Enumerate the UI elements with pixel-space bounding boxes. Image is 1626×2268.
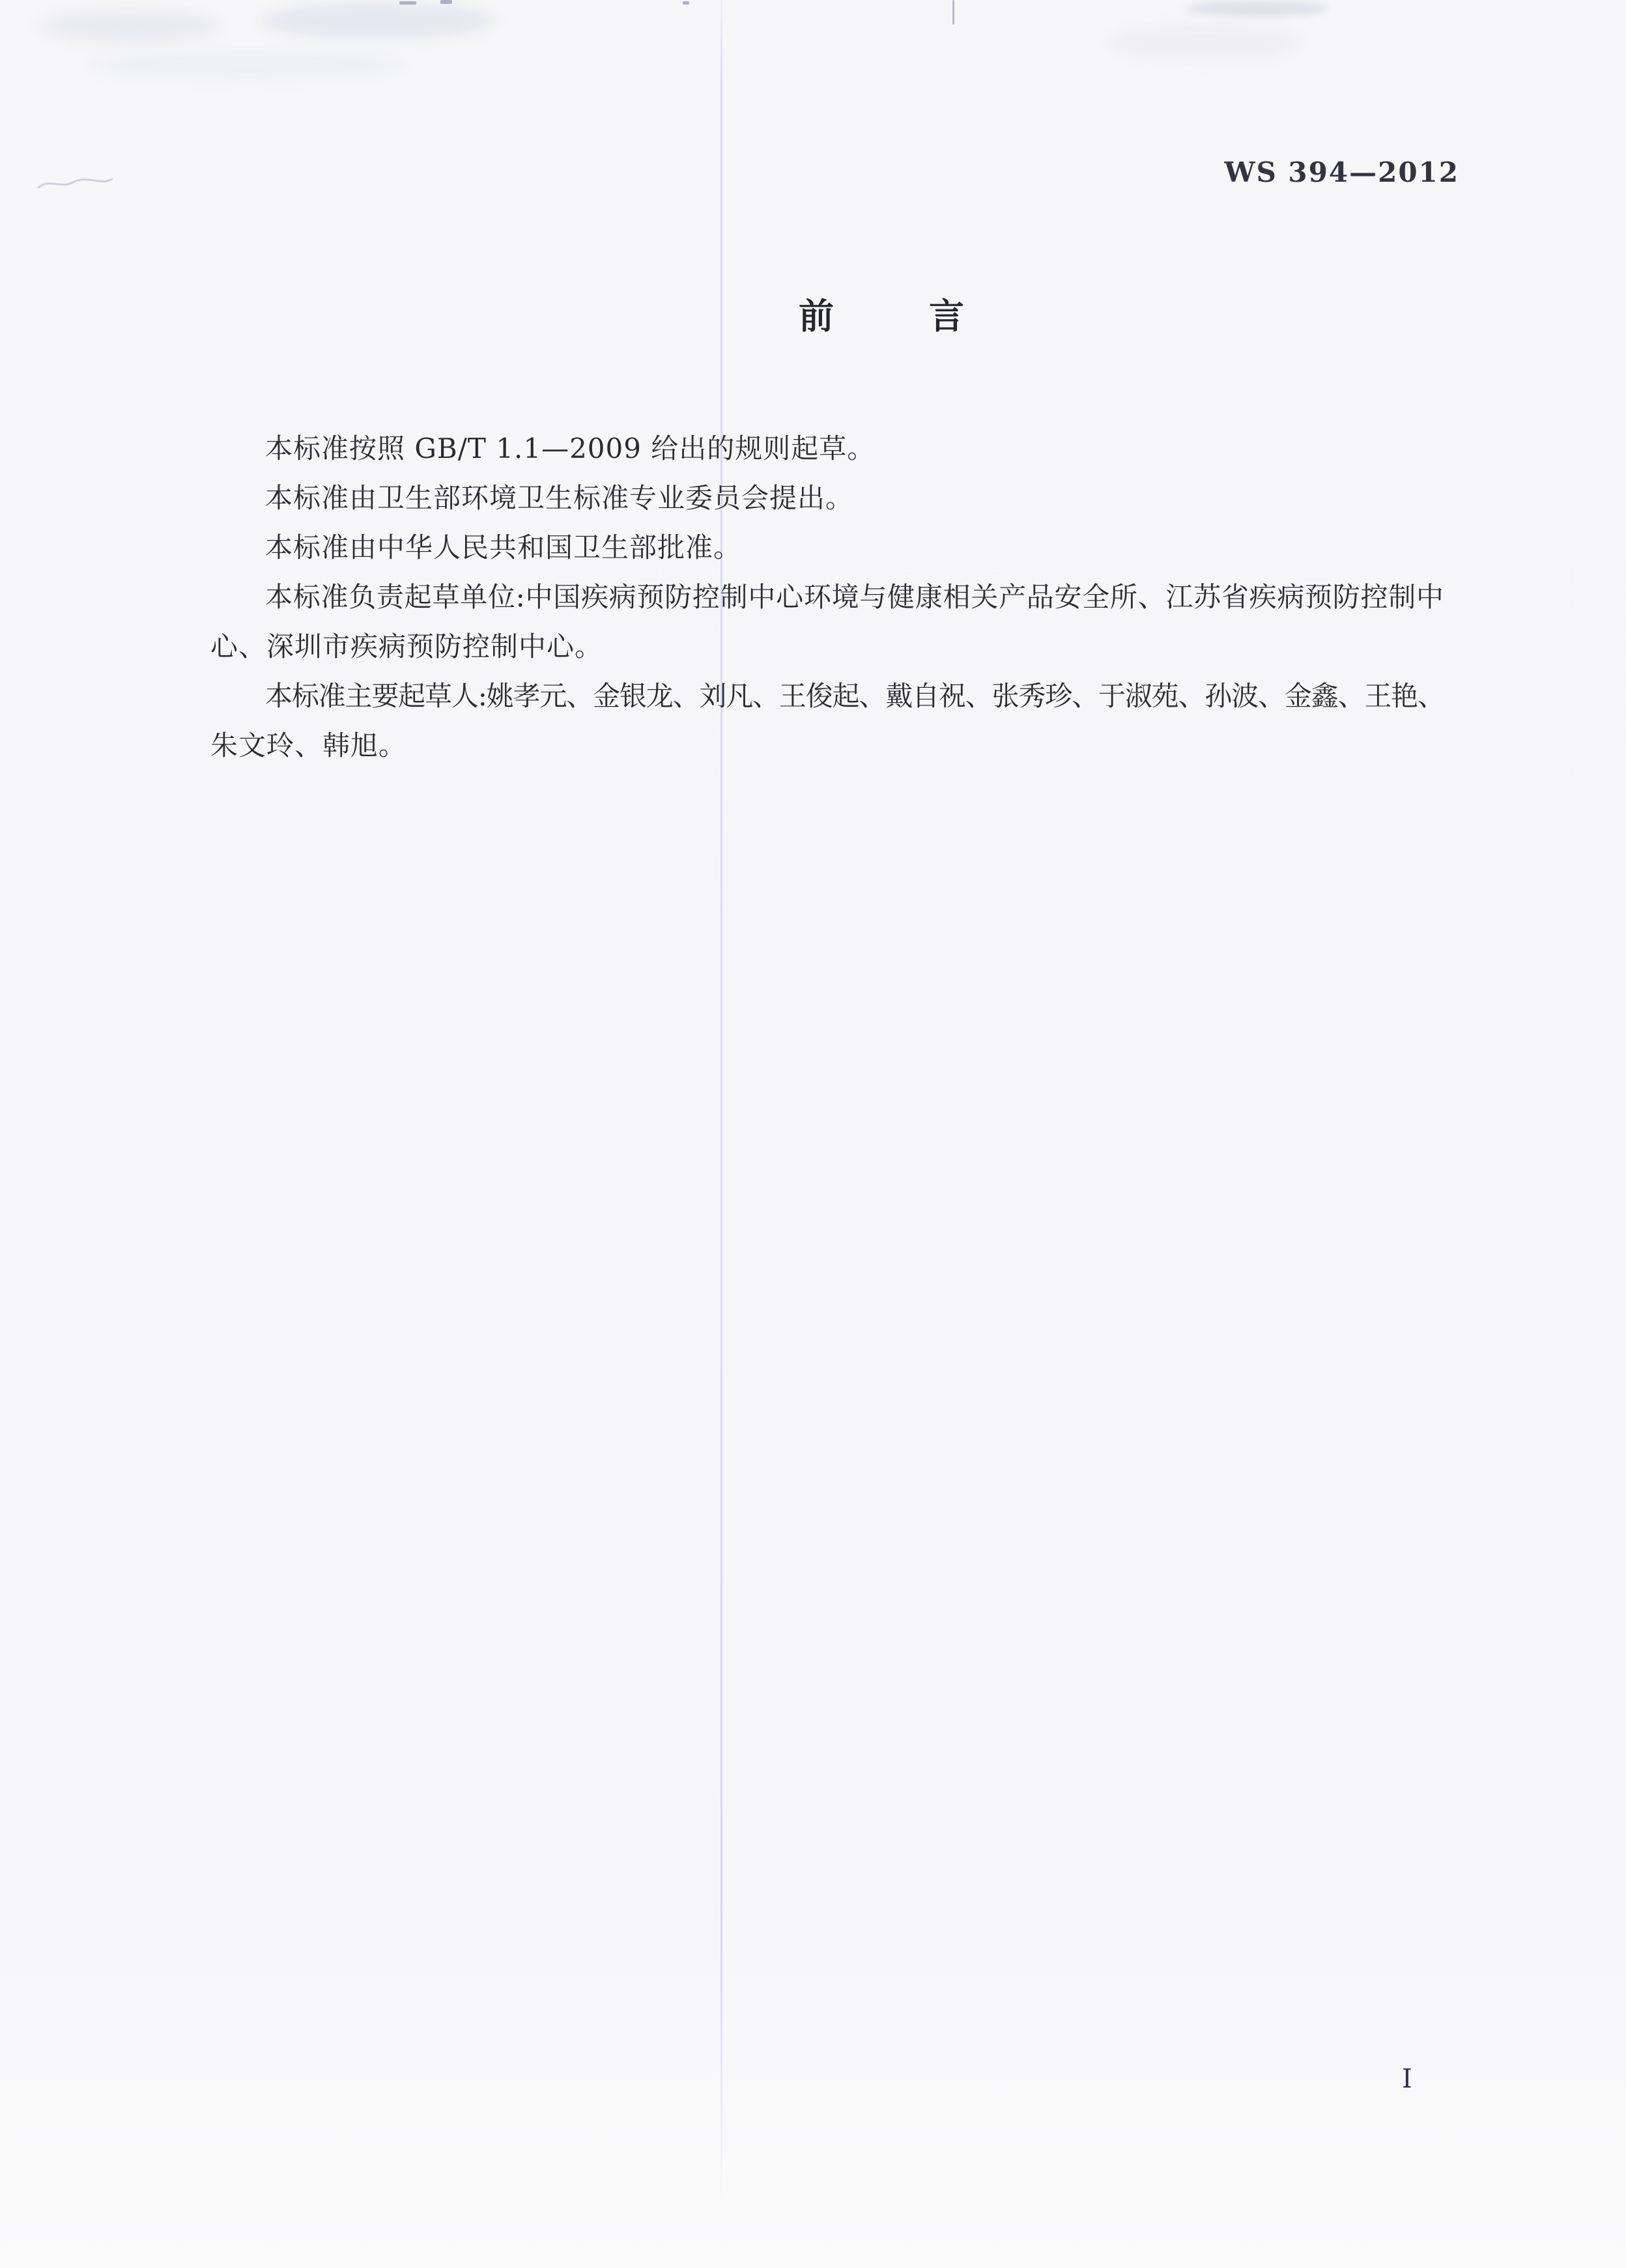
standard-code: WS 394—2012: [1224, 156, 1459, 188]
page-title: 前言: [215, 291, 1548, 343]
page-number: I: [1402, 2063, 1412, 2095]
paragraph-proposed-by: 本标准由卫生部环境卫生标准专业委员会提出。: [210, 474, 1444, 523]
pencil-squiggle-artifact: [36, 172, 115, 194]
scan-smudge: [39, 9, 221, 43]
text-line: 朱文玲、韩旭。: [210, 721, 1444, 771]
text-line: 本标准按照 GB/T 1.1—2009 给出的规则起草。: [210, 424, 1444, 474]
scan-speck: [440, 0, 452, 4]
text-line: 本标准由中华人民共和国卫生部批准。: [210, 523, 1444, 573]
paragraph-approved-by: 本标准由中华人民共和国卫生部批准。: [210, 523, 1444, 573]
text-line: 本标准主要起草人:姚孝元、金银龙、刘凡、王俊起、戴自祝、张秀珍、于淑苑、孙波、金…: [210, 672, 1444, 721]
scanned-document-page: WS 394—2012 前言 本标准按照 GB/T 1.1—2009 给出的规则…: [0, 0, 1626, 2268]
scan-smudge: [1186, 0, 1329, 17]
text-line: 本标准负责起草单位:中国疾病预防控制中心环境与健康相关产品安全所、江苏省疾病预防…: [210, 573, 1444, 622]
paragraph-drafting-rules: 本标准按照 GB/T 1.1—2009 给出的规则起草。: [210, 424, 1444, 474]
scan-speck: [952, 0, 954, 25]
scan-smudge: [261, 3, 495, 39]
text-line: 心、深圳市疾病预防控制中心。: [210, 622, 1444, 672]
text-line: 本标准由卫生部环境卫生标准专业委员会提出。: [210, 474, 1444, 523]
paragraph-main-drafters: 本标准主要起草人:姚孝元、金银龙、刘凡、王俊起、戴自祝、张秀珍、于淑苑、孙波、金…: [210, 672, 1444, 771]
paragraph-drafting-organizations: 本标准负责起草单位:中国疾病预防控制中心环境与健康相关产品安全所、江苏省疾病预防…: [210, 573, 1444, 672]
scan-speck: [683, 1, 689, 5]
scan-smudge: [1107, 25, 1303, 61]
scan-smudge: [85, 50, 410, 79]
scan-speck: [399, 1, 416, 5]
body-text: 本标准按照 GB/T 1.1—2009 给出的规则起草。 本标准由卫生部环境卫生…: [210, 424, 1444, 771]
